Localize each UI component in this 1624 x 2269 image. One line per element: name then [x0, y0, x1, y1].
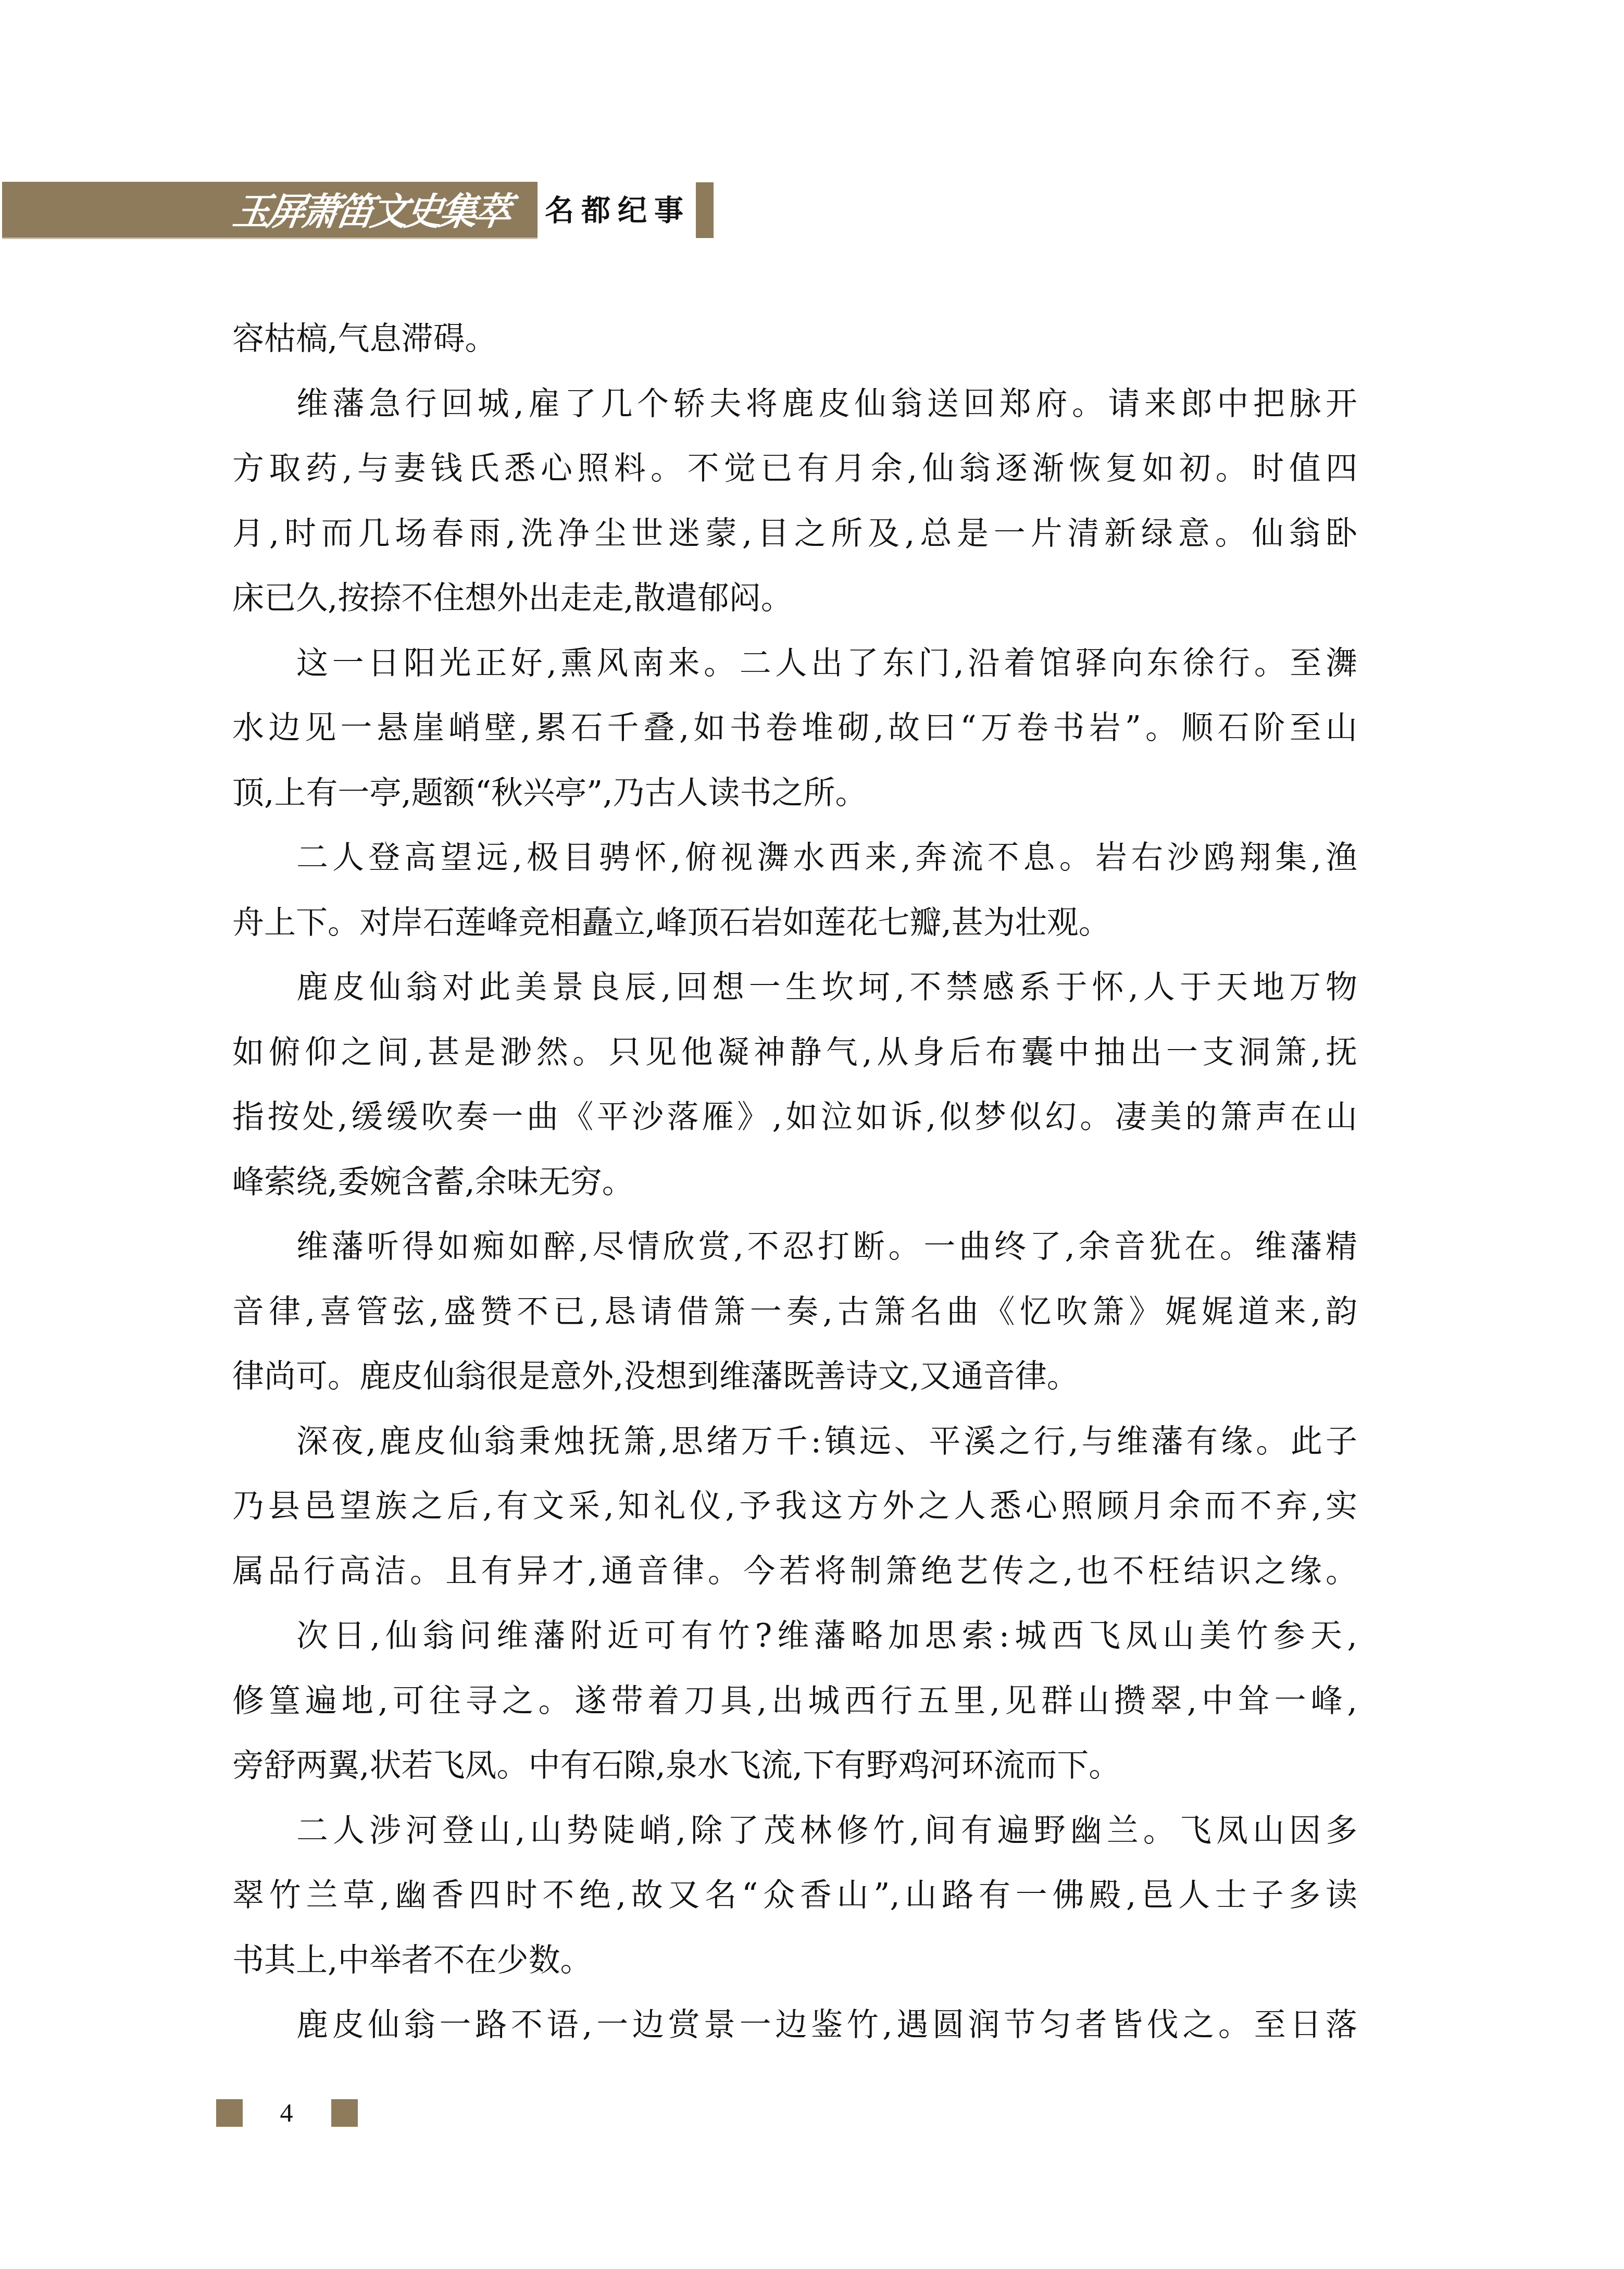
section-title: 名都纪事 — [545, 192, 691, 229]
text-line: 床已久,按捺不住想外出走走,散遣郁闷。 — [232, 578, 1357, 619]
text-line: 翠竹兰草,幽香四时不绝,故又名“众香山”,山路有一佛殿,邑人士子多读 — [232, 1875, 1357, 1916]
text-line: 月,时而几场春雨,洗净尘世迷蒙,目之所及,总是一片清新绿意。仙翁卧 — [232, 513, 1357, 555]
text-line: 指按处,缓缓吹奏一曲《平沙落雁》,如泣如诉,似梦似幻。凄美的箫声在山 — [232, 1096, 1357, 1138]
text-line: 鹿皮仙翁一路不语,一边赏景一边鉴竹,遇圆润节匀者皆伐之。至日落 — [296, 2004, 1357, 2046]
text-line: 乃县邑望族之后,有文采,知礼仪,予我这方外之人悉心照顾月余而不弃,实 — [232, 1486, 1357, 1527]
text-line: 维藩急行回城,雇了几个轿夫将鹿皮仙翁送回郑府。请来郎中把脉开 — [296, 383, 1357, 425]
text-line: 二人涉河登山,山势陡峭,除了茂林修竹,间有遍野幽兰。飞凤山因多 — [296, 1810, 1357, 1852]
text-line: 鹿皮仙翁对此美景良辰,回想一生坎坷,不禁感系于怀,人于天地万物 — [296, 967, 1357, 1008]
text-line: 次日,仙翁问维藩附近可有竹?维藩略加思索:城西飞凤山美竹参天, — [296, 1615, 1357, 1657]
text-line: 旁舒两翼,状若飞凤。中有石隙,泉水飞流,下有野鸡河环流而下。 — [232, 1745, 1357, 1787]
text-line: 如俯仰之间,甚是渺然。只见他凝神静气,从身后布囊中抽出一支洞箫,抚 — [232, 1032, 1357, 1074]
header-vertical-bar — [696, 182, 714, 238]
page-number: 4 — [271, 2097, 302, 2128]
text-line: 方取药,与妻钱氏悉心照料。不觉已有月余,仙翁逐渐恢复如初。时值四 — [232, 448, 1357, 490]
text-line: 舟上下。对岸石莲峰竞相矗立,峰顶石岩如莲花七瓣,甚为壮观。 — [232, 902, 1357, 944]
text-line: 修篁遍地,可往寻之。遂带着刀具,出城西行五里,见群山攒翠,中耸一峰, — [232, 1680, 1357, 1722]
text-line: 这一日阳光正好,熏风南来。二人出了东门,沿着馆驿向东徐行。至㵲 — [296, 643, 1357, 684]
text-line: 峰萦绕,委婉含蓄,余味无穷。 — [232, 1162, 1357, 1203]
text-line: 水边见一悬崖峭壁,累石千叠,如书卷堆砌,故曰“万卷书岩”。顺石阶至山 — [232, 707, 1357, 749]
text-line: 音律,喜管弦,盛赞不已,恳请借箫一奏,古箫名曲《忆吹箫》娓娓道来,韵 — [232, 1291, 1357, 1333]
footer-square-right-icon — [331, 2099, 358, 2127]
header-band-shadow — [2, 238, 538, 239]
text-line: 容枯槁,气息滞碍。 — [232, 318, 1357, 360]
text-line: 书其上,中举者不在少数。 — [232, 1940, 1357, 1981]
text-line: 维藩听得如痴如醉,尽情欣赏,不忍打断。一曲终了,余音犹在。维藩精 — [296, 1226, 1357, 1268]
text-line: 律尚可。鹿皮仙翁很是意外,没想到维藩既善诗文,又通音律。 — [232, 1356, 1357, 1398]
text-line: 深夜,鹿皮仙翁秉烛抚箫,思绪万千:镇远、平溪之行,与维藩有缘。此子 — [296, 1421, 1357, 1463]
footer-square-left-icon — [216, 2099, 243, 2127]
text-line: 顶,上有一亭,题额“秋兴亭”,乃古人读书之所。 — [232, 772, 1357, 814]
text-line: 二人登高望远,极目骋怀,俯视㵲水西来,奔流不息。岩右沙鸥翔集,渔 — [296, 837, 1357, 879]
series-title-calligraphy: 玉屏萧笛文史集萃 — [230, 185, 497, 238]
text-line: 属品行高洁。且有异才,通音律。今若将制箫绝艺传之,也不枉结识之缘。 — [232, 1551, 1357, 1592]
